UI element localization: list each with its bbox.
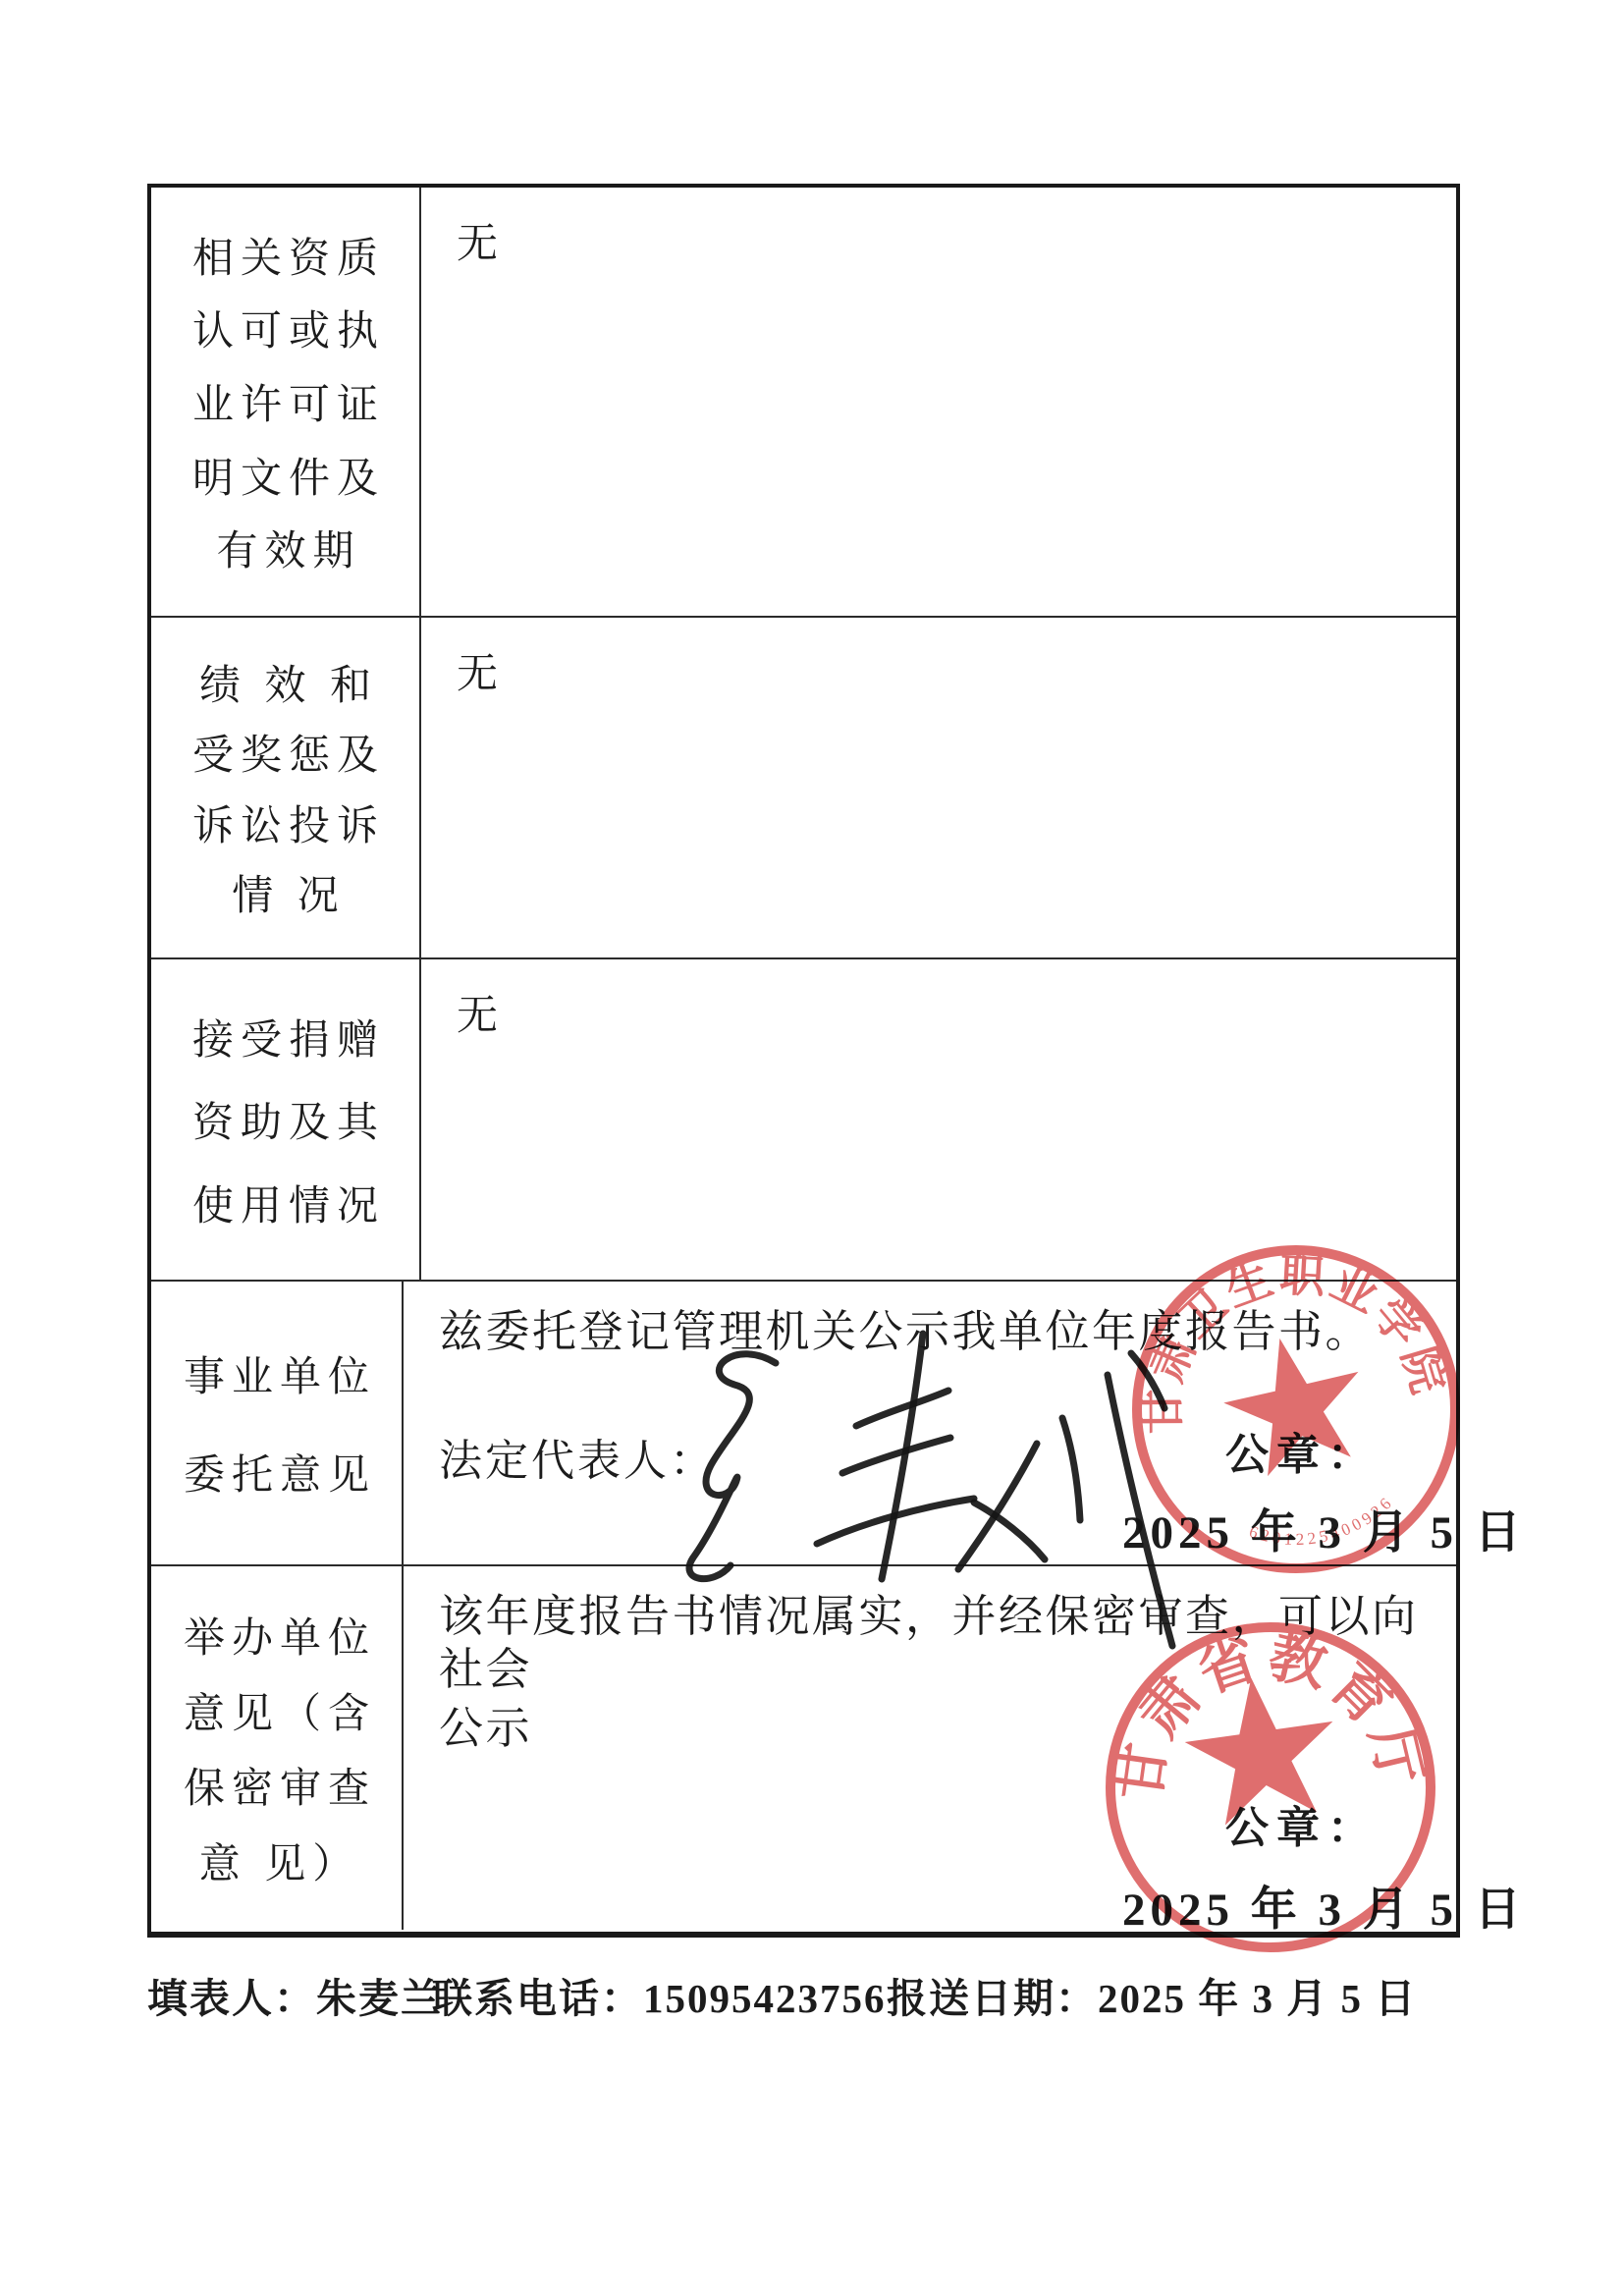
label-line: 保密审查 [177,1756,376,1815]
phone-label: 联系电话： [432,1976,643,2021]
row-label-qualifications: 相关资质 认可或执 业许可证 明文件及 有效期 [151,188,421,616]
phone-field: 联系电话：15095423756 [432,1966,887,2024]
label-line: 使用情况 [186,1174,385,1232]
label-line: 绩 效 和 [192,653,378,712]
label-line: 接受捐赠 [186,1008,385,1066]
submit-date-field: 报送日期：2025 年 3 月 5 日 [887,1966,1417,2024]
label-line: 举办单位 [177,1606,376,1665]
label-line: 事业单位 [177,1344,376,1403]
sponsor-statement-line2: 公示 [439,1692,532,1756]
label-line: 资助及其 [186,1090,385,1149]
annual-report-page: 相关资质 认可或执 业许可证 明文件及 有效期 无 绩 效 和 受奖惩及 诉讼投… [0,0,1624,2296]
table-row-performance: 绩 效 和 受奖惩及 诉讼投诉 情 况 无 [151,618,1456,959]
row-content-performance: 无 [421,618,1456,957]
row-label-sponsor-opinion: 举办单位 意见（含 保密审查 意 见） [151,1566,404,1930]
label-line: 有效期 [209,519,360,577]
label-line: 情 况 [225,863,346,922]
svg-text:6201225400926: 6201225400926 [1243,1490,1403,1562]
stamp-serial-number: 6201225400926 [1243,1490,1403,1562]
table-row-qualifications: 相关资质 认可或执 业许可证 明文件及 有效期 无 [151,188,1456,618]
row-label-donations: 接受捐赠 资助及其 使用情况 [151,959,421,1280]
preparer-field: 填表人：朱麦兰 [147,1966,443,2024]
row-label-performance: 绩 效 和 受奖惩及 诉讼投诉 情 况 [151,618,421,957]
label-line: 相关资质 [186,226,385,285]
label-line: 意 见） [192,1831,361,1890]
label-line: 委托意见 [177,1443,376,1502]
preparer-label: 填表人： [147,1976,316,2021]
form-footer: 填表人：朱麦兰 联系电话：15095423756 报送日期：2025 年 3 月… [0,1966,1624,2025]
unit-official-seal-stamp: 甘肃卫生职业学院 6201225400926 [1119,1232,1473,1586]
label-line: 意见（含 [177,1681,376,1740]
label-line: 诉讼投诉 [186,793,385,852]
preparer-name: 朱麦兰 [316,1976,443,2021]
row-content-qualifications: 无 [421,188,1456,616]
phone-number: 15095423756 [643,1976,887,2021]
cell-value: 无 [457,222,500,267]
cell-value: 无 [457,994,500,1039]
label-line: 认可或执 [186,299,385,357]
label-line: 受奖惩及 [186,723,385,782]
row-label-entity-entrust-opinion: 事业单位 委托意见 [151,1282,404,1564]
label-line: 业许可证 [186,372,385,431]
label-line: 明文件及 [186,446,385,505]
cell-value: 无 [457,652,500,697]
submit-date-value: 2025 年 3 月 5 日 [1098,1976,1417,2021]
sponsor-official-seal-stamp: 甘肃省教育厅 [1088,1618,1453,1957]
stamp-star [1213,1323,1377,1482]
submit-date-label: 报送日期： [887,1976,1098,2021]
